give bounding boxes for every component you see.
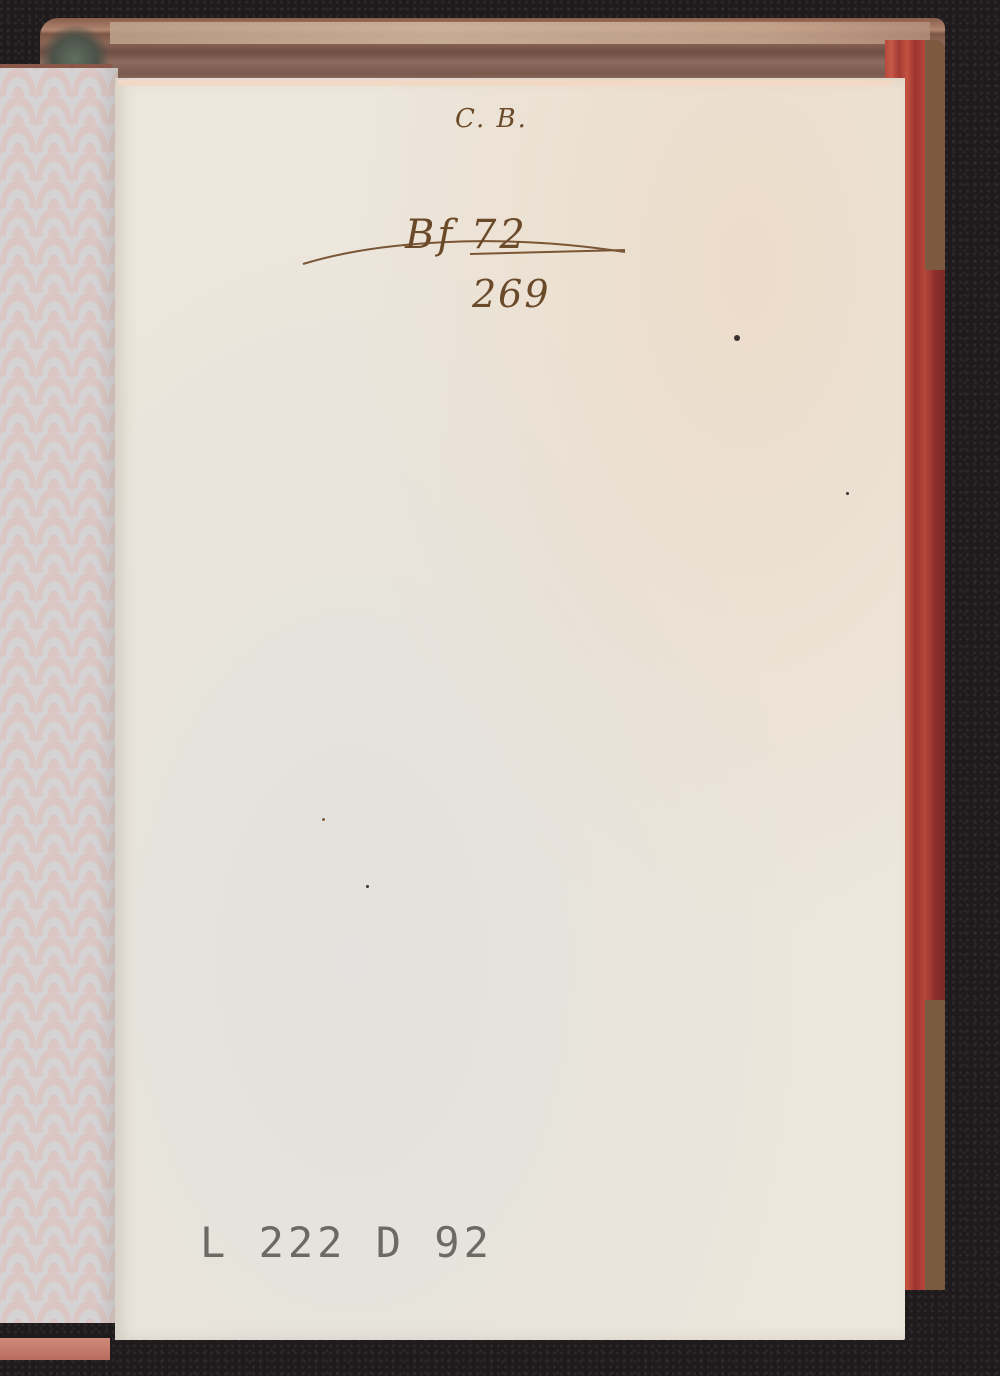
book-top-edge-highlight [110,22,930,44]
pencil-call-number: L 222 D 92 [200,1218,493,1267]
shelf-mark: Bf 72 [405,212,528,258]
speck [846,492,849,495]
speck [366,885,369,888]
initials-mark: C. B. [455,104,528,134]
left-board-bottom [0,1338,110,1360]
leather-cover-top [925,40,945,270]
page-top-band [118,80,893,86]
leather-cover-bottom [925,1000,945,1290]
shelf-number: 269 [472,272,551,316]
ink-spot [734,335,740,341]
speck [322,818,325,821]
